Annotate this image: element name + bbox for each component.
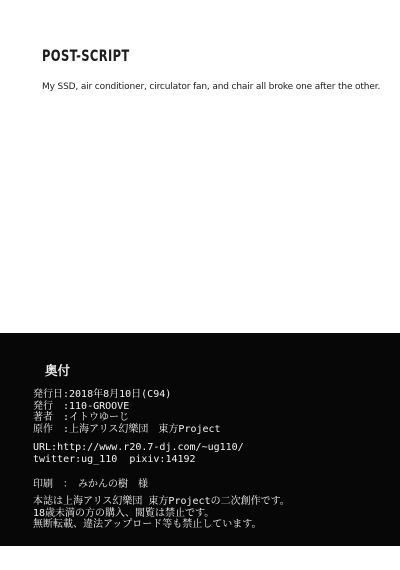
colophon-box: 奥付 発行日:2018年8月10日(C94) 発行 :110-GROOVE 著者… — [0, 333, 400, 546]
disclaimer-line-1: 本誌は上海アリス幻樂団 東方Projectの二次創作です。 — [33, 496, 290, 508]
printer-line: 印刷 ： みかんの樹 様 — [33, 479, 148, 491]
author-line: 著者 :イトウゆーじ — [33, 412, 221, 424]
colophon-title: 奥付 — [45, 365, 70, 378]
social-line: twitter:ug_110 pixiv:14192 — [33, 454, 244, 466]
colophon-page: POST-SCRIPT My SSD, air conditioner, cir… — [0, 0, 400, 570]
publication-info: 発行日:2018年8月10日(C94) 発行 :110-GROOVE 著者 :イ… — [33, 389, 221, 435]
printer-info: 印刷 ： みかんの樹 様 — [33, 479, 148, 491]
postscript-title: POST-SCRIPT — [42, 46, 130, 65]
links-info: URL:http://www.r20.7-dj.com/~ug110/ twit… — [33, 442, 244, 465]
disclaimer-info: 本誌は上海アリス幻樂団 東方Projectの二次創作です。 18歳未満の方の購入… — [33, 496, 290, 531]
disclaimer-line-3: 無断転載、違法アップロード等も禁止しています。 — [33, 519, 290, 531]
original-work-line: 原作 :上海アリス幻樂団 東方Project — [33, 424, 221, 436]
postscript-body: My SSD, air conditioner, circulator fan,… — [42, 82, 380, 92]
publication-date-line: 発行日:2018年8月10日(C94) — [33, 389, 221, 401]
publisher-line: 発行 :110-GROOVE — [33, 401, 221, 413]
disclaimer-line-2: 18歳未満の方の購入、閲覧は禁止です。 — [33, 508, 290, 520]
url-line: URL:http://www.r20.7-dj.com/~ug110/ — [33, 442, 244, 454]
